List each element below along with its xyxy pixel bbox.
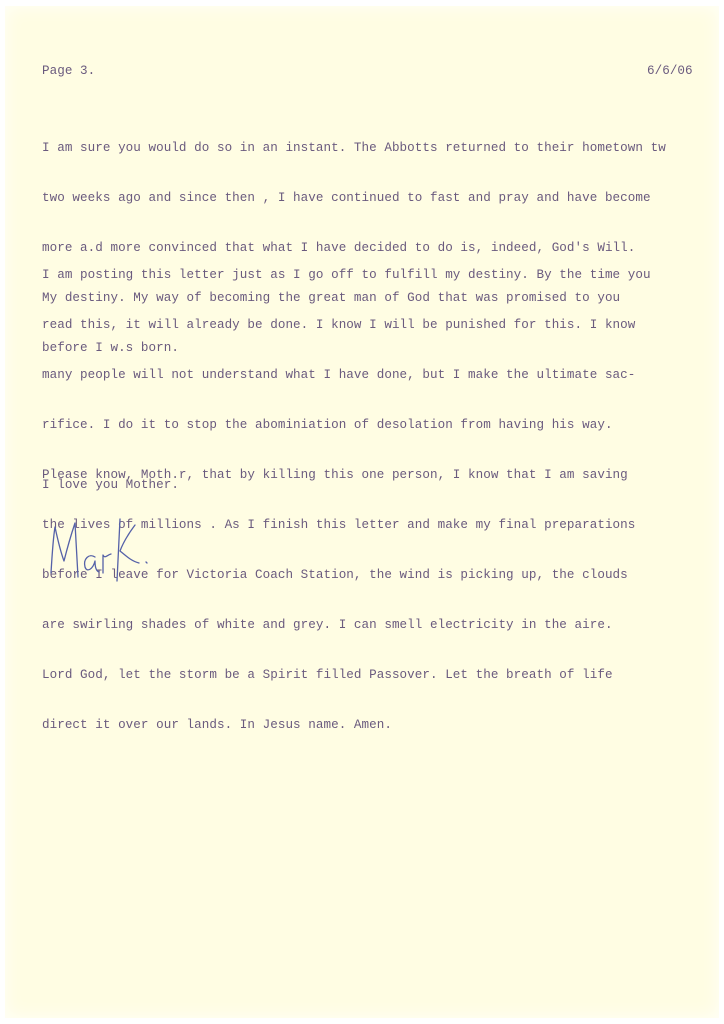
text-line: many people will not understand what I h… xyxy=(42,364,651,386)
text-line: I am sure you would do so in an instant.… xyxy=(42,137,666,159)
text-line: direct it over our lands. In Jesus name.… xyxy=(42,714,651,736)
letter-date: 6/6/06 xyxy=(647,64,693,78)
text-line: two weeks ago and since then , I have co… xyxy=(42,187,666,209)
text-line: read this, it will already be done. I kn… xyxy=(42,314,651,336)
text-line: I am posting this letter just as I go of… xyxy=(42,264,651,286)
signature-icon xyxy=(45,511,185,586)
text-line: are swirling shades of white and grey. I… xyxy=(42,614,651,636)
text-line: rifice. I do it to stop the abominiation… xyxy=(42,414,651,436)
paragraph-2: I am posting this letter just as I go of… xyxy=(42,236,651,764)
letter-page: Page 3. 6/6/06 I am sure you would do so… xyxy=(5,6,719,1018)
closing-line: I love you Mother. xyxy=(42,478,179,492)
text-line: Lord God, let the storm be a Spirit fill… xyxy=(42,664,651,686)
page-number: Page 3. xyxy=(42,64,95,78)
handwritten-signature xyxy=(45,511,185,586)
